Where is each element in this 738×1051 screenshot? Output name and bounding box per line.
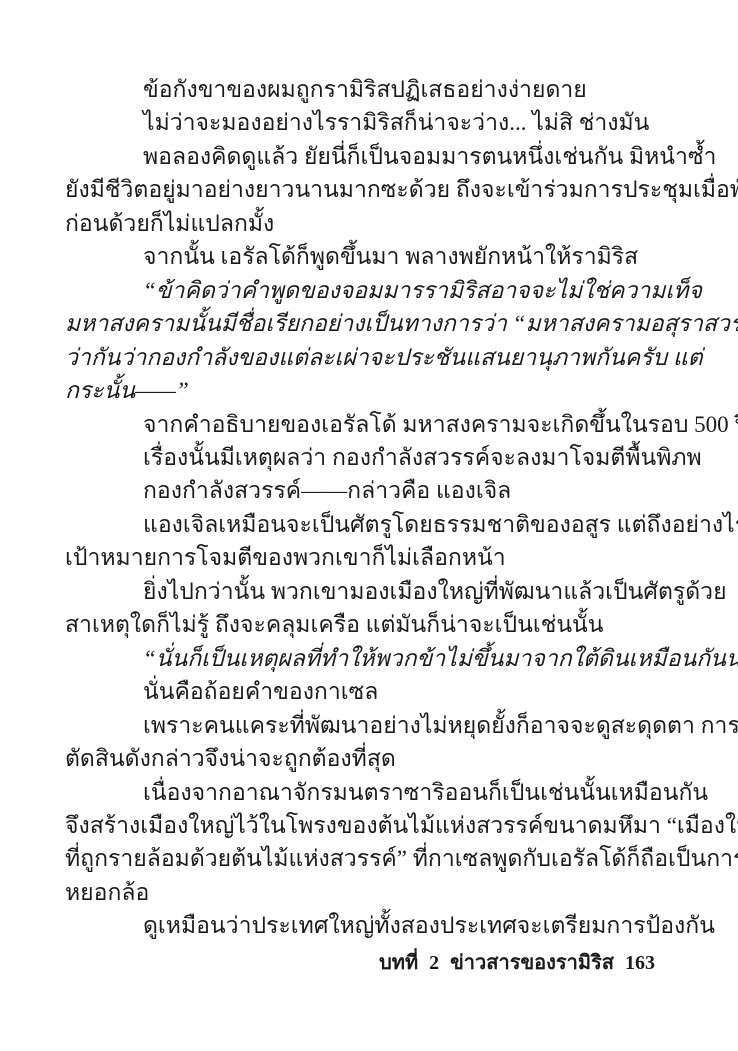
text-line: หยอกล้อ: [65, 876, 679, 909]
text-line: ไม่ว่าจะมองอย่างไรรามิริสก็น่าจะว่าง... …: [65, 106, 679, 139]
text-line: ยิ่งไปกว่านั้น พวกเขามองเมืองใหญ่ที่พัฒน…: [65, 575, 679, 608]
text-line: จึงสร้างเมืองใหญ่ไว้ในโพรงของต้นไม้แห่งส…: [65, 809, 679, 842]
text-line: ที่ถูกรายล้อมด้วยต้นไม้แห่งสวรรค์” ที่กา…: [65, 842, 679, 875]
text-line: สาเหตุใดก็ไม่รู้ ถึงจะคลุมเครือ แต่มันก็…: [65, 608, 679, 641]
text-line: ก่อนด้วยก็ไม่แปลกมั้ง: [65, 207, 679, 240]
book-page: ข้อกังขาของผมถูกรามิริสปฏิเสธอย่างง่ายดา…: [0, 0, 738, 1051]
text-line: กองกำลังสวรรค์——กล่าวคือ แองเจิล: [65, 474, 679, 507]
text-line: ยังมีชีวิตอยู่มาอย่างยาวนานมากซะด้วย ถึง…: [65, 173, 679, 206]
text-line: เรื่องนั้นมีเหตุผลว่า กองกำลังสวรรค์จะลง…: [65, 441, 679, 474]
text-line: ดูเหมือนว่าประเทศใหญ่ทั้งสองประเทศจะเตรี…: [65, 909, 679, 942]
text-line: ข้อกังขาของผมถูกรามิริสปฏิเสธอย่างง่ายดา…: [65, 73, 679, 106]
text-line: “นั่นก็เป็นเหตุผลที่ทำให้พวกข้าไม่ขึ้นมา…: [65, 642, 679, 675]
text-line: จากคำอธิบายของเอรัลโด้ มหาสงครามจะเกิดขึ…: [65, 408, 679, 441]
text-line: เป้าหมายการโจมตีของพวกเขาก็ไม่เลือกหน้า: [65, 541, 679, 574]
text-line: จากนั้น เอรัลโด้ก็พูดขึ้นมา พลางพยักหน้า…: [65, 240, 679, 273]
text-line: กระนั้น——”: [65, 374, 679, 407]
text-line: พอลองคิดดูแล้ว ยัยนี่ก็เป็นจอมมารตนหนึ่ง…: [65, 140, 679, 173]
text-line: มหาสงครามนั้นมีชื่อเรียกอย่างเป็นทางการว…: [65, 307, 679, 340]
text-line: ตัดสินดังกล่าวจึงน่าจะถูกต้องที่สุด: [65, 742, 679, 775]
text-line: แองเจิลเหมือนจะเป็นศัตรูโดยธรรมชาติของอส…: [65, 508, 679, 541]
text-line: ว่ากันว่ากองกำลังของแต่ละเผ่าจะประชันแสน…: [65, 341, 679, 374]
page-footer: บทที่ 2 ข่าวสารของรามิริส 163: [65, 948, 655, 978]
body-text: ข้อกังขาของผมถูกรามิริสปฏิเสธอย่างง่ายดา…: [65, 73, 679, 943]
text-line: “ข้าคิดว่าคำพูดของจอมมารรามิริสอาจจะไม่ใ…: [65, 274, 679, 307]
text-line: นั่นคือถ้อยคำของกาเซล: [65, 675, 679, 708]
text-line: เพราะคนแคระที่พัฒนาอย่างไม่หยุดยั้งก็อาจ…: [65, 709, 679, 742]
text-line: เนื่องจากอาณาจักรมนตราซาริออนก็เป็นเช่นน…: [65, 776, 679, 809]
